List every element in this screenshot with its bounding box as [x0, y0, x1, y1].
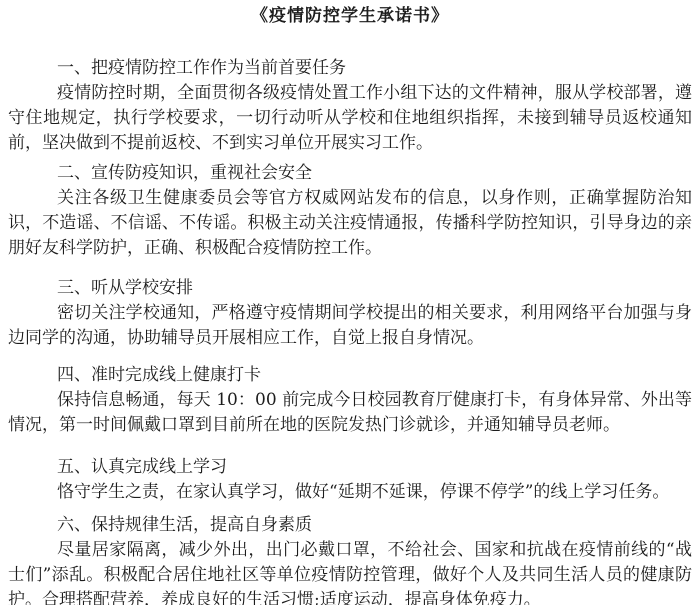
- section-1: 一、把疫情防控工作作为当前首要任务 疫情防控时期，全面贯彻各级疫情处置工作小组下…: [8, 56, 692, 156]
- document-title: 《疫情防控学生承诺书》: [8, 4, 692, 29]
- section-1-heading: 一、把疫情防控工作作为当前首要任务: [8, 56, 692, 81]
- section-5-body: 恪守学生之责，在家认真学习，做好“延期不延课，停课不停学”的线上学习任务。: [8, 480, 692, 505]
- section-6: 六、保持规律生活，提高自身素质 尽量居家隔离，减少外出，出门必戴口罩，不给社会、…: [8, 513, 692, 605]
- section-4-body: 保持信息畅通，每天 10：00 前完成今日校园教育厅健康打卡，有身体异常、外出等…: [8, 388, 692, 438]
- section-3-body: 密切关注学校通知，严格遵守疫情期间学校提出的相关要求，利用网络平台加强与身边同学…: [8, 301, 692, 351]
- section-3: 三、听从学校安排 密切关注学校通知，严格遵守疫情期间学校提出的相关要求，利用网络…: [8, 276, 692, 351]
- section-6-body: 尽量居家隔离，减少外出，出门必戴口罩，不给社会、国家和抗战在疫情前线的“战士们”…: [8, 538, 692, 605]
- section-6-heading: 六、保持规律生活，提高自身素质: [8, 513, 692, 538]
- section-2-body: 关注各级卫生健康委员会等官方权威网站发布的信息，以身作则，正确掌握防治知识，不造…: [8, 186, 692, 261]
- section-3-heading: 三、听从学校安排: [8, 276, 692, 301]
- section-2-heading: 二、宣传防疫知识，重视社会安全: [8, 161, 692, 186]
- document-page: 《疫情防控学生承诺书》 一、把疫情防控工作作为当前首要任务 疫情防控时期，全面贯…: [0, 0, 700, 605]
- section-1-body: 疫情防控时期，全面贯彻各级疫情处置工作小组下达的文件精神，服从学校部署，遵守住地…: [8, 81, 692, 156]
- section-2: 二、宣传防疫知识，重视社会安全 关注各级卫生健康委员会等官方权威网站发布的信息，…: [8, 161, 692, 261]
- section-4-heading: 四、准时完成线上健康打卡: [8, 363, 692, 388]
- section-5: 五、认真完成线上学习 恪守学生之责，在家认真学习，做好“延期不延课，停课不停学”…: [8, 455, 692, 505]
- section-4: 四、准时完成线上健康打卡 保持信息畅通，每天 10：00 前完成今日校园教育厅健…: [8, 363, 692, 438]
- section-5-heading: 五、认真完成线上学习: [8, 455, 692, 480]
